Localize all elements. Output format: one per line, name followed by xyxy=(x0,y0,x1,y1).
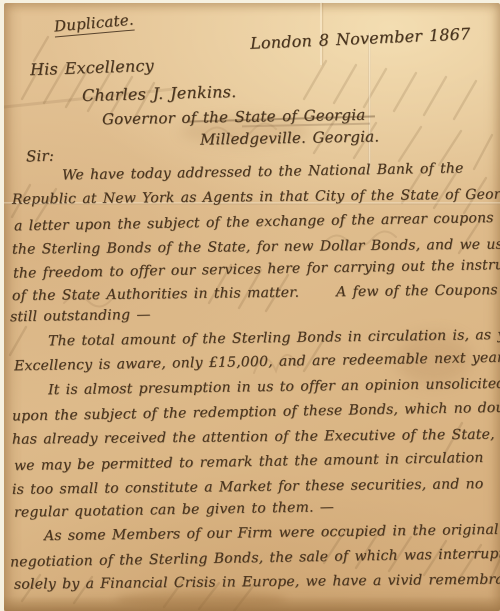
letter-scan: Duplicate. London 8 November 1867 His Ex… xyxy=(0,0,500,611)
recipient-name: Charles J. Jenkins. xyxy=(82,83,237,105)
body-line: still outstanding — xyxy=(10,308,151,326)
scan-bottom-edge xyxy=(4,596,500,611)
salutation: Sir: xyxy=(26,148,55,165)
paper-sheet: Duplicate. London 8 November 1867 His Ex… xyxy=(4,3,500,611)
recipient-honorific: His Excellency xyxy=(30,57,154,79)
vertical-fold-crease xyxy=(368,33,371,173)
recipient-address: Milledgeville. Georgia. xyxy=(200,128,380,148)
